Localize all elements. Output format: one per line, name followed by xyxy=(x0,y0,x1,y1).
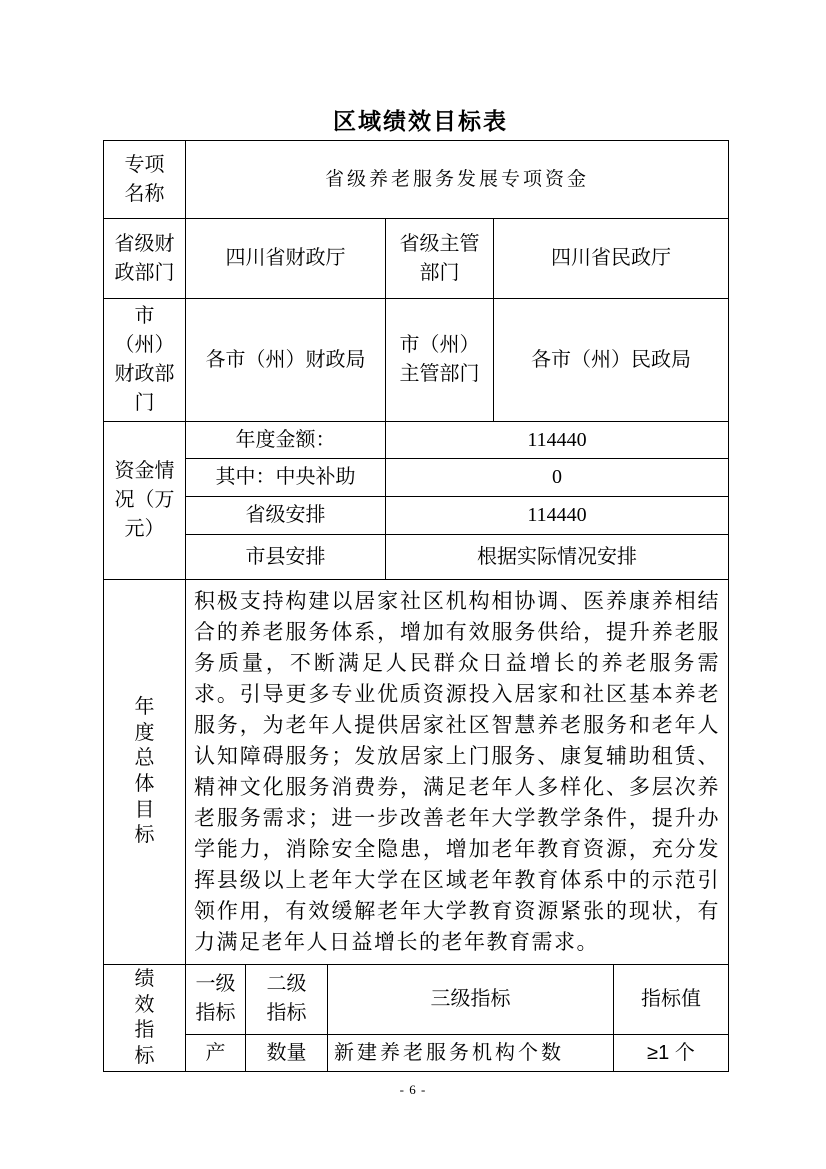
performance-section-label: 绩 效 指 标 xyxy=(104,965,186,1072)
project-name-label: 专项 名称 xyxy=(104,141,186,219)
annual-goal-text: 积极支持构建以居家社区机构相协调、医养康养相结合的养老服务体系，增加有效服务供给… xyxy=(186,580,729,965)
funding-city-county-arrangement-value: 根据实际情况安排 xyxy=(386,535,729,580)
indicator-row-level3: 新建养老服务机构个数 xyxy=(328,1034,614,1072)
city-admin-dept-label: 市（州） 主管部门 xyxy=(386,299,494,422)
table-section-departments: 专项 名称 省级养老服务发展专项资金 省级财 政部门 四川省财政厅 省级主管 部… xyxy=(103,140,729,422)
funding-provincial-arrangement-label: 省级安排 xyxy=(186,497,386,535)
performance-target-table: 专项 名称 省级养老服务发展专项资金 省级财 政部门 四川省财政厅 省级主管 部… xyxy=(103,140,728,1072)
provincial-finance-dept-label: 省级财 政部门 xyxy=(104,219,186,299)
funding-city-county-arrangement-label: 市县安排 xyxy=(186,535,386,580)
provincial-finance-dept-value: 四川省财政厅 xyxy=(186,219,386,299)
funding-central-subsidy-value: 0 xyxy=(386,459,729,497)
funding-section-label: 资金情 况（万 元） xyxy=(104,422,186,580)
header-indicator-value: 指标值 xyxy=(614,965,729,1035)
table-section-funding: 资金情 况（万 元） 年度金额： 114440 其中：中央补助 0 省级安排 1… xyxy=(103,421,729,580)
provincial-admin-dept-label: 省级主管 部门 xyxy=(386,219,494,299)
city-admin-dept-value: 各市（州）民政局 xyxy=(494,299,729,422)
indicator-row-level2: 数量 xyxy=(246,1034,328,1072)
header-level1-indicator: 一级 指标 xyxy=(186,965,246,1035)
page-number: - 6 - xyxy=(0,1082,826,1098)
indicator-row-level1: 产 xyxy=(186,1034,246,1072)
page-title: 区域绩效目标表 xyxy=(103,103,728,136)
funding-annual-amount-value: 114440 xyxy=(386,422,729,459)
provincial-admin-dept-value: 四川省民政厅 xyxy=(494,219,729,299)
header-level2-indicator: 二级 指标 xyxy=(246,965,328,1035)
funding-annual-amount-label: 年度金额： xyxy=(186,422,386,459)
table-section-performance-indicators: 绩 效 指 标 一级 指标 二级 指标 三级指标 指标值 产 数量 新建养老服务… xyxy=(103,964,729,1072)
city-finance-dept-label: 市（州） 财政部 门 xyxy=(104,299,186,422)
annual-goal-label: 年 度 总 体 目 标 xyxy=(104,580,186,965)
header-level3-indicator: 三级指标 xyxy=(328,965,614,1035)
funding-provincial-arrangement-value: 114440 xyxy=(386,497,729,535)
indicator-row-value: ≥1 个 xyxy=(614,1034,729,1072)
table-section-annual-goal: 年 度 总 体 目 标 积极支持构建以居家社区机构相协调、医养康养相结合的养老服… xyxy=(103,579,729,965)
project-name-value: 省级养老服务发展专项资金 xyxy=(186,141,729,219)
document-page: 区域绩效目标表 专项 名称 省级养老服务发展专项资金 省级财 政部门 四川省财政… xyxy=(0,0,826,1169)
funding-central-subsidy-label: 其中：中央补助 xyxy=(186,459,386,497)
city-finance-dept-value: 各市（州）财政局 xyxy=(186,299,386,422)
